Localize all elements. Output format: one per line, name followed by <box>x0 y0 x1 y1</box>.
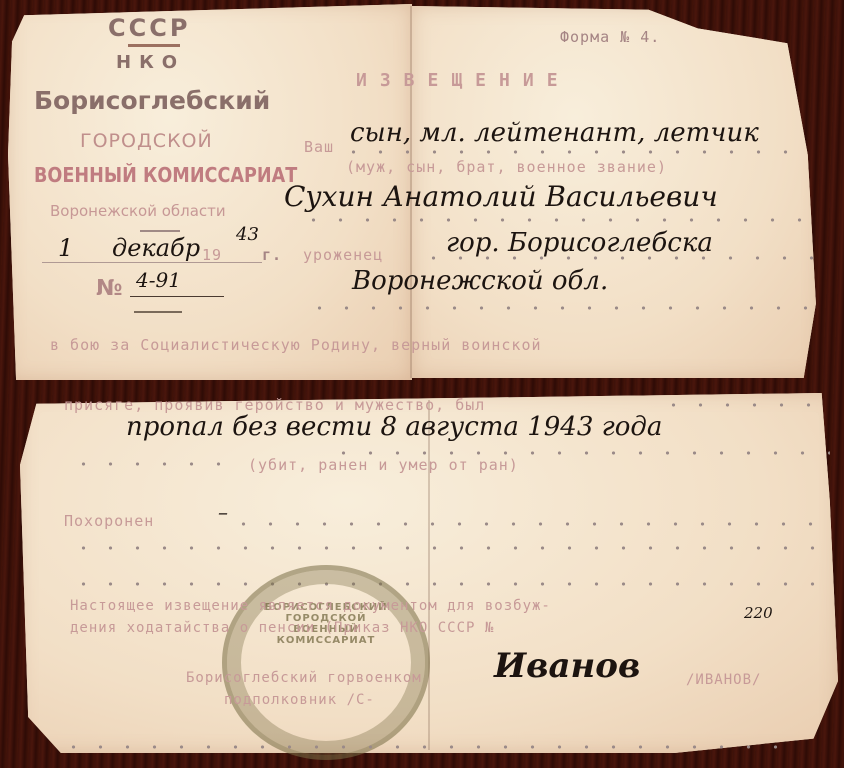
battle-text: в бою за Социалистическую Родину, верный… <box>50 336 542 354</box>
relation-handwritten: сын, мл. лейтенант, летчик <box>350 118 759 148</box>
dotted-line <box>70 582 830 586</box>
dotted-line <box>70 462 240 466</box>
notice-line-1: Настоящее извещение является документом … <box>70 598 551 614</box>
date-day: 1 <box>58 234 73 262</box>
order-number: 220 <box>744 604 773 622</box>
stamp-underline <box>128 44 180 47</box>
stamp-city: Борисоглебский <box>34 86 270 115</box>
relation-hint: (муж, сын, брат, военное звание) <box>346 158 667 176</box>
date-year-suffix: г. <box>262 246 282 264</box>
dotted-line <box>60 745 800 749</box>
stamp-nko: НКО <box>116 52 185 73</box>
date-line <box>42 262 262 263</box>
form-label: Форма № 4. <box>560 28 660 46</box>
dotted-line <box>70 546 830 550</box>
notice-title: ИЗВЕЩЕНИЕ <box>356 70 571 91</box>
dotted-line <box>340 150 810 154</box>
divider <box>134 311 182 313</box>
number-value: 4-91 <box>136 268 181 292</box>
fate-handwritten: пропал без вести 8 августа 1943 года <box>126 412 662 442</box>
signer-title-1: Борисоглебский горвоенком <box>186 670 422 686</box>
date-year-handwritten: 43 <box>236 224 259 245</box>
birthplace-line-1: гор. Борисоглебска <box>446 228 713 258</box>
born-label: уроженец <box>303 246 383 264</box>
dotted-line <box>420 256 820 260</box>
number-line <box>130 296 224 297</box>
dotted-line <box>300 218 810 222</box>
dotted-line <box>660 403 830 407</box>
dotted-line <box>306 306 816 310</box>
birthplace-line-2: Воронежской обл. <box>352 266 608 296</box>
dotted-line <box>230 522 830 526</box>
dotted-line <box>330 451 830 455</box>
official-seal: БОРИСОГЛЕБСКИЙ ГОРОДСКОЙ ВОЕННЫЙ КОМИССА… <box>222 565 430 760</box>
divider <box>140 230 180 232</box>
stamp-ussr: СССР <box>108 14 190 42</box>
signature: Иванов <box>494 646 640 686</box>
signer-name: /ИВАНОВ/ <box>686 672 761 688</box>
stamp-city-level: ГОРОДСКОЙ <box>80 130 213 152</box>
fate-hint: (убит, ранен и умер от ран) <box>248 456 519 474</box>
name-handwritten: Сухин Анатолий Васильевич <box>284 180 718 213</box>
notice-line-2: дения ходатайства о пенсии (Приказ НКО С… <box>70 620 494 636</box>
stamp-commissariat: ВОЕННЫЙ КОМИССАРИАТ <box>34 163 297 187</box>
number-label: № <box>96 276 122 301</box>
date-month: декабр <box>112 234 200 262</box>
buried-label: Похоронен <box>64 512 154 530</box>
your-label: Ваш <box>304 138 334 156</box>
buried-value: – <box>218 500 228 524</box>
stamp-region: Воронежской области <box>50 202 226 220</box>
signer-title-2: подполковник /С- <box>224 692 375 708</box>
